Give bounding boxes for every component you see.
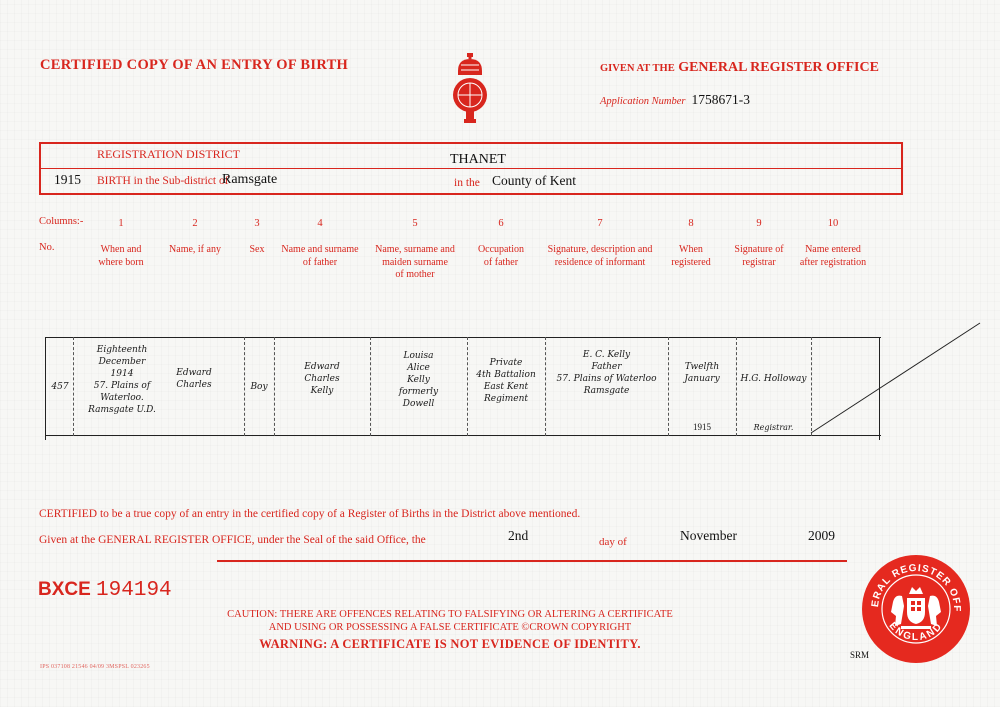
entry-father-name: Edward Charles Kelly: [274, 361, 370, 397]
header-line: where born: [98, 257, 143, 270]
no-label: No.: [39, 242, 54, 253]
column-divider: [811, 337, 812, 436]
handwritten-line: January: [668, 373, 736, 385]
header-line: Name, if any: [169, 244, 221, 257]
entry-top-rule: [45, 337, 881, 338]
general-register-office-seal-icon: GENERAL REGISTER OFFICE ENGLAND: [861, 554, 971, 664]
entry-left-border: [45, 337, 46, 440]
header-line: Name and surname: [281, 244, 358, 257]
handwritten-line: Kelly: [274, 385, 370, 397]
handwritten-line: Private: [467, 357, 545, 369]
subdistrict-label: BIRTH in the Sub-district of: [97, 175, 229, 187]
handwritten-line: Louisa: [370, 350, 467, 362]
header-line: Occupation: [478, 244, 524, 257]
column-divider: [73, 337, 74, 436]
given-at-office: GENERAL REGISTER OFFICE: [678, 60, 879, 75]
entry-number: 457: [47, 381, 73, 393]
entry-sex: Boy: [244, 381, 274, 393]
handwritten-line: Ramsgate: [545, 385, 668, 397]
header-line: Sex: [250, 244, 265, 257]
entry-when-registered: Twelfth January: [668, 361, 736, 385]
column-number: 8: [688, 218, 693, 229]
handwritten-line: 4th Battalion: [467, 369, 545, 381]
registration-district-label: REGISTRATION DISTRICT: [97, 147, 240, 162]
handwritten-line: Ramsgate U.D.: [75, 404, 169, 416]
column-header-name-after-registration: Name entered after registration: [800, 244, 866, 269]
handwritten-line: Regiment: [467, 393, 545, 405]
column-number: 7: [597, 218, 602, 229]
certification-month: November: [680, 528, 737, 544]
column-header-sex: Sex: [250, 244, 265, 257]
column-number: 10: [828, 218, 839, 229]
column-header-registrar: Signature of registrar: [734, 244, 783, 269]
header-line: When: [671, 244, 710, 257]
handwritten-line: 57. Plains of Waterloo: [545, 373, 668, 385]
header-line: Signature of: [734, 244, 783, 257]
handwritten-line: 1914: [75, 368, 169, 380]
application-number-label: Application Number: [600, 96, 685, 107]
handwritten-line: Kelly: [370, 374, 467, 386]
column-number: 3: [254, 218, 259, 229]
column-header-father: Name and surname of father: [281, 244, 358, 269]
application-number: Application Number 1758671-3: [600, 92, 750, 108]
royal-crest-icon: [452, 53, 488, 127]
column-number: 9: [756, 218, 761, 229]
handwritten-line: Father: [545, 361, 668, 373]
entry-bottom-rule: [45, 435, 881, 436]
handwritten-line: Charles: [169, 379, 219, 391]
application-number-value: 1758671-3: [691, 92, 750, 107]
header-line: of father: [281, 257, 358, 270]
entry-mother-name: Louisa Alice Kelly formerly Dowell: [370, 350, 467, 410]
serial-prefix: BXCE: [38, 579, 91, 600]
registration-box: REGISTRATION DISTRICT THANET 1915 BIRTH …: [39, 142, 903, 195]
column-number: 1: [118, 218, 123, 229]
entry-registrar-signature: H.G. Holloway: [736, 373, 811, 385]
caution-line: CAUTION: THERE ARE OFFENCES RELATING TO …: [200, 608, 700, 621]
registration-year: 1915: [54, 172, 81, 188]
handwritten-line: Waterloo.: [75, 392, 169, 404]
given-under-seal-statement: Given at the GENERAL REGISTER OFFICE, un…: [39, 534, 426, 546]
column-header-when-where-born: When and where born: [98, 244, 143, 269]
handwritten-line: 57. Plains of: [75, 380, 169, 392]
entry-registrar-label: Registrar.: [736, 422, 811, 434]
column-header-when-registered: When registered: [671, 244, 710, 269]
column-number: 4: [317, 218, 322, 229]
handwritten-line: Dowell: [370, 398, 467, 410]
header-line: after registration: [800, 257, 866, 270]
print-code: IPS 037108 21546 04/09 3MSPSL 023265: [40, 664, 150, 670]
caution-notice: CAUTION: THERE ARE OFFENCES RELATING TO …: [200, 608, 700, 634]
county-label: in the: [454, 177, 480, 189]
column-header-mother: Name, surname and maiden surname of moth…: [375, 244, 455, 282]
header-line: residence of informant: [548, 257, 653, 270]
header-line: maiden surname: [375, 257, 455, 270]
handwritten-line: Edward: [169, 367, 219, 379]
caution-line: AND USING OR POSSESSING A FALSE CERTIFIC…: [200, 621, 700, 634]
header-line: Signature, description and: [548, 244, 653, 257]
entry-right-border: [879, 337, 880, 440]
serial-number: 194194: [96, 579, 172, 602]
given-at-prefix: GIVEN AT THE: [600, 63, 675, 74]
entry-when-where-born: Eighteenth December 1914 57. Plains of W…: [75, 344, 169, 416]
column-number: 2: [192, 218, 197, 229]
header-line: When and: [98, 244, 143, 257]
certification-rule: [217, 560, 847, 562]
given-at-heading: GIVEN AT THE GENERAL REGISTER OFFICE: [600, 60, 879, 76]
entry-father-occupation: Private 4th Battalion East Kent Regiment: [467, 357, 545, 405]
column-header-informant: Signature, description and residence of …: [548, 244, 653, 269]
handwritten-line: East Kent: [467, 381, 545, 393]
handwritten-line: Eighteenth: [75, 344, 169, 356]
registration-divider: [41, 168, 901, 169]
certification-year: 2009: [808, 528, 835, 544]
handwritten-line: formerly: [370, 386, 467, 398]
columns-label: Columns:-: [39, 216, 83, 227]
entry-child-name: Edward Charles: [169, 367, 219, 391]
subdistrict-value: Ramsgate: [222, 172, 277, 188]
handwritten-line: Alice: [370, 362, 467, 374]
header-line: Name entered: [800, 244, 866, 257]
entry-registered-year: 1915: [668, 421, 736, 433]
handwritten-line: December: [75, 356, 169, 368]
entry-informant: E. C. Kelly Father 57. Plains of Waterlo…: [545, 349, 668, 397]
register-entry-row: 457 Eighteenth December 1914 57. Plains …: [45, 337, 881, 436]
certification-statement: CERTIFIED to be a true copy of an entry …: [39, 508, 580, 520]
identity-warning: WARNING: A CERTIFICATE IS NOT EVIDENCE O…: [200, 637, 700, 652]
column-header-name: Name, if any: [169, 244, 221, 257]
handwritten-line: E. C. Kelly: [545, 349, 668, 361]
handwritten-line: Charles: [274, 373, 370, 385]
registration-district-value: THANET: [450, 152, 506, 168]
county-value: County of Kent: [492, 173, 576, 189]
handwritten-line: Twelfth: [668, 361, 736, 373]
header-line: registrar: [734, 257, 783, 270]
certification-day: 2nd: [508, 528, 528, 544]
handwritten-line: Edward: [274, 361, 370, 373]
column-header-father-occupation: Occupation of father: [478, 244, 524, 269]
column-number: 5: [412, 218, 417, 229]
certificate-serial: BXCE 194194: [38, 576, 172, 602]
certificate-title: CERTIFIED COPY OF AN ENTRY OF BIRTH: [40, 57, 348, 74]
day-of-label: day of: [599, 536, 627, 548]
signatory-initials: SRM: [850, 650, 869, 660]
header-line: registered: [671, 257, 710, 270]
column-number: 6: [498, 218, 503, 229]
header-line: of mother: [375, 269, 455, 282]
header-line: Name, surname and: [375, 244, 455, 257]
header-line: of father: [478, 257, 524, 270]
